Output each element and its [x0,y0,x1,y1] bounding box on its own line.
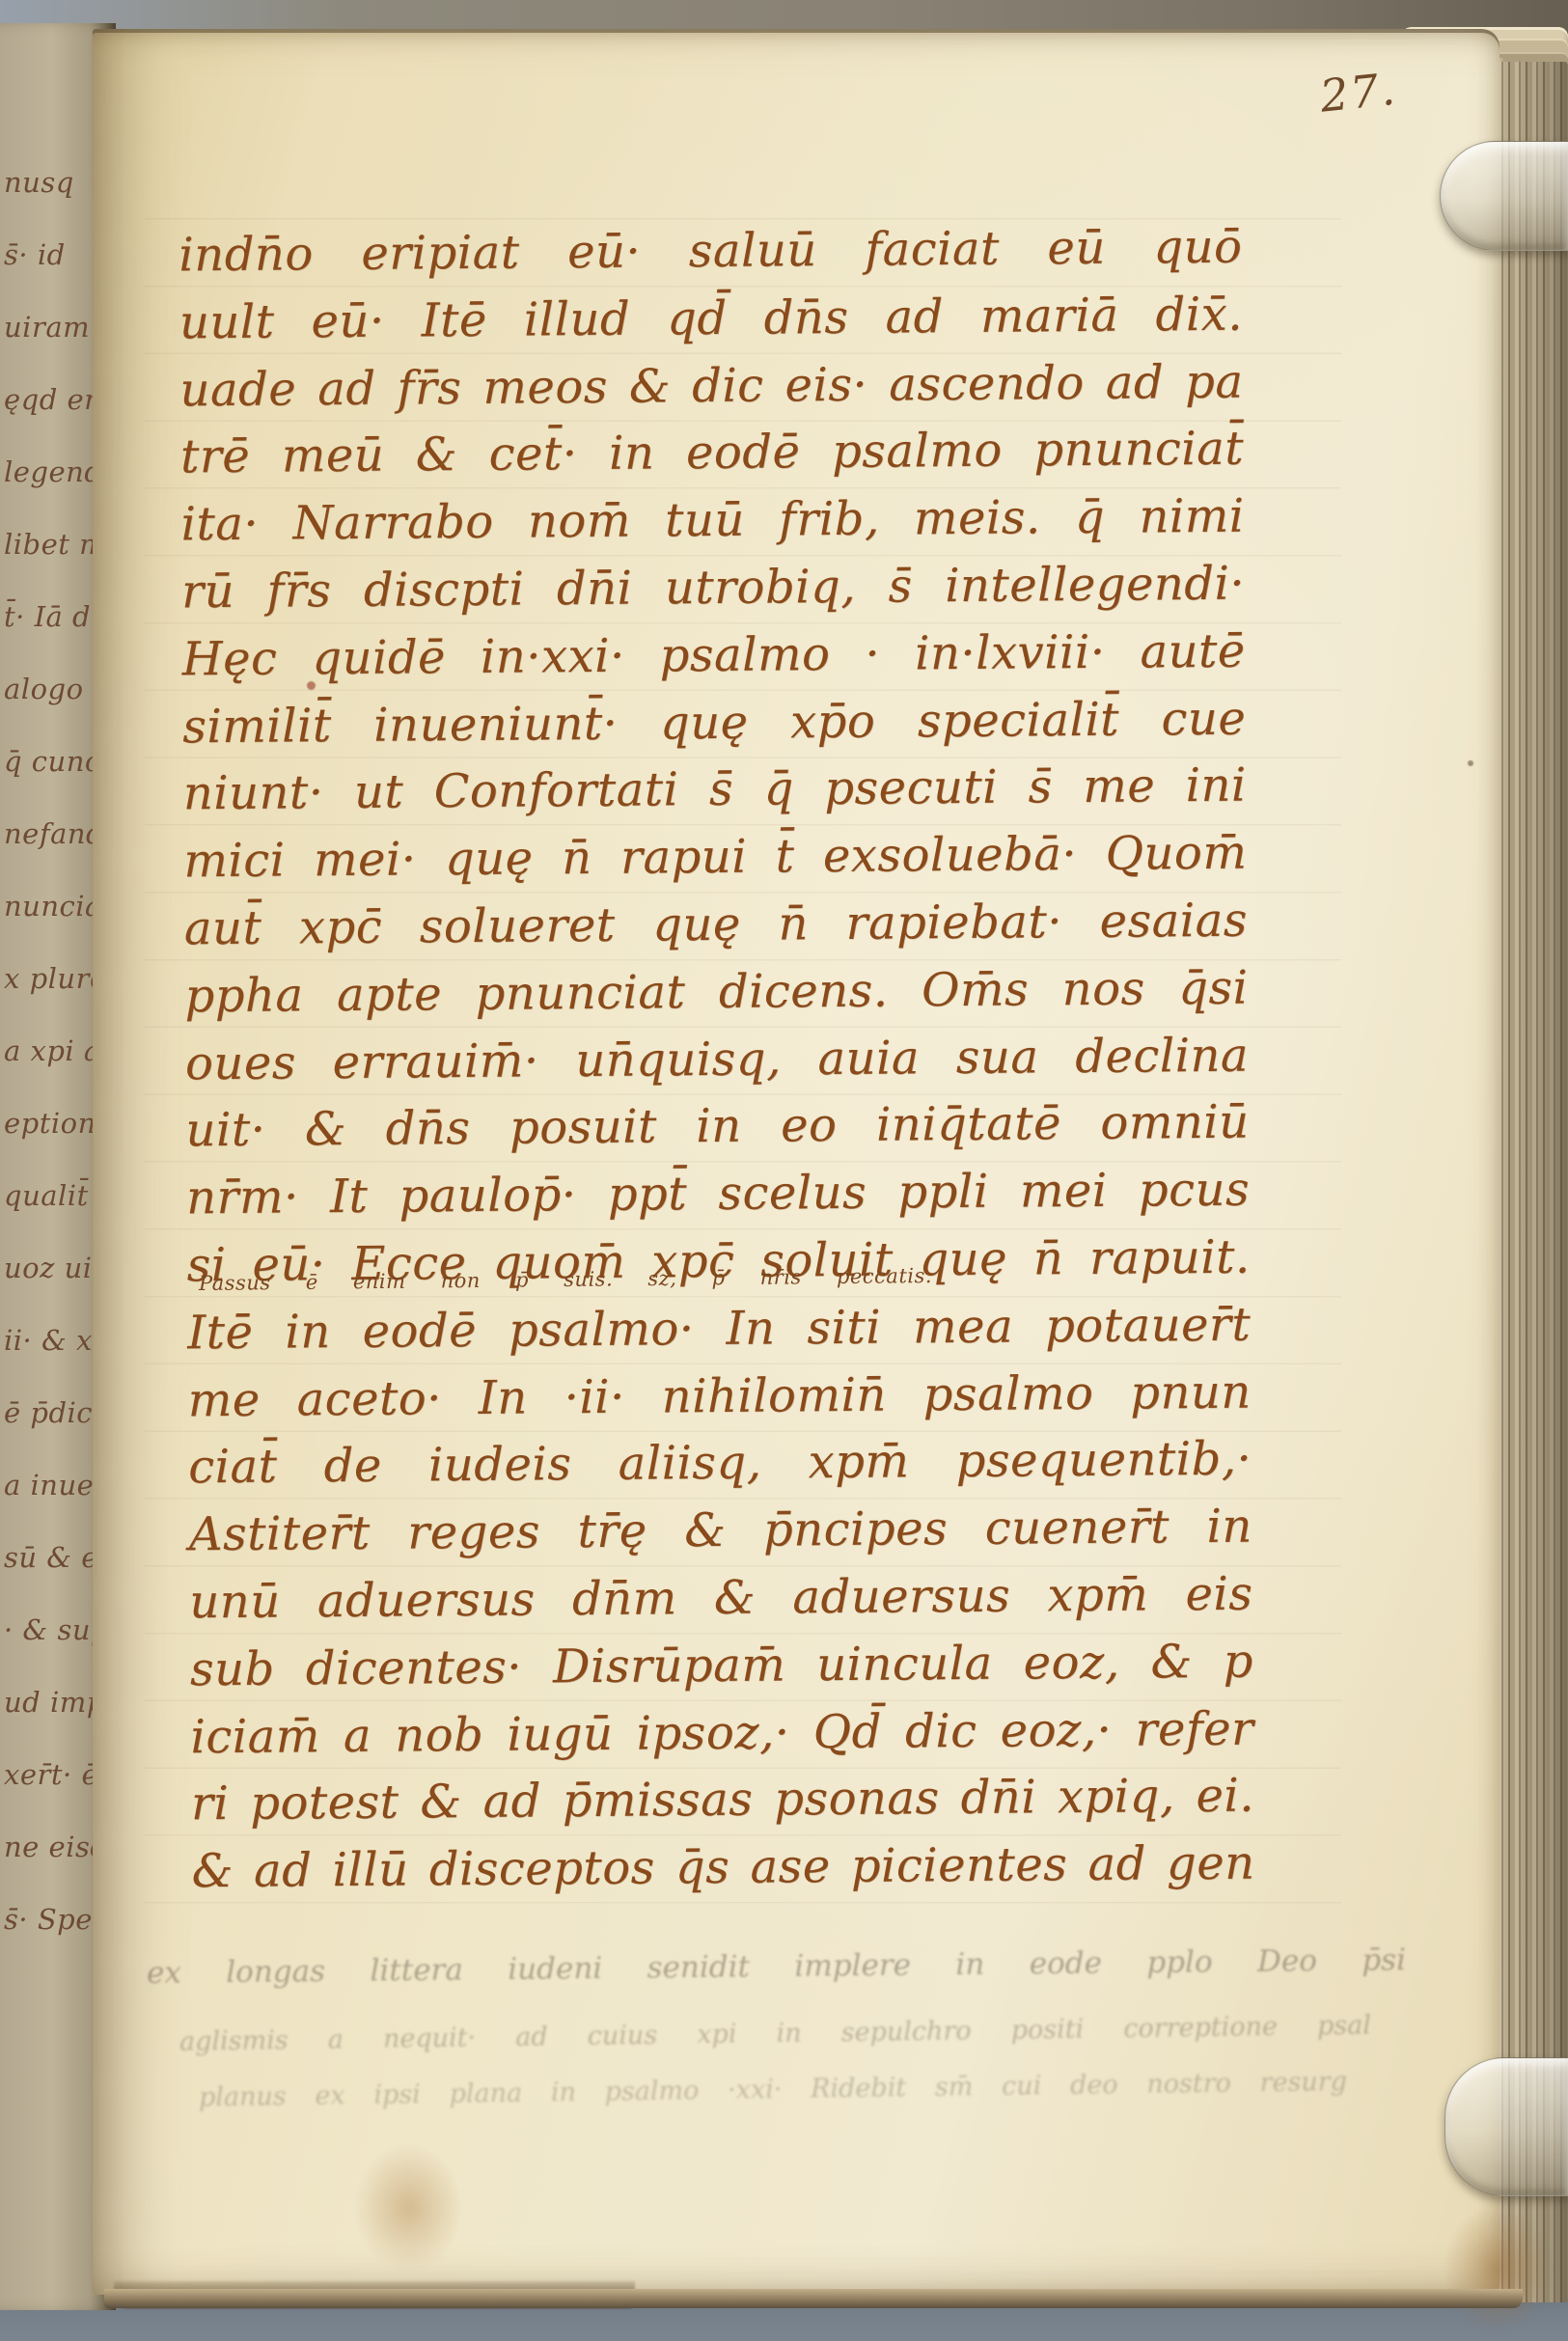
text-line: unū aduersus dn̄m & aduersus xpm̄ eis [189,1561,1253,1637]
ink-speck [1468,760,1473,766]
text-line: indn̄o eripiat eū· saluū faciat eū quō [179,214,1243,289]
text-line: iciam̄ a nob iugū ipsoz,· Qd̄ dic eoz,· … [190,1695,1254,1771]
text-line: ri potest & ad p̄missas psonas dn̄i xpiq… [191,1763,1255,1838]
book-fore-edge [1498,62,1568,2302]
text-line: Itē in eodē psalmo· In siti mea potauer̄… [187,1291,1252,1366]
text-line: uult eū· Itē illud qd̄ dn̄s ad mariā dix… [179,281,1244,356]
text-line: aut̄ xpc̄ solueret quę n̄ rapiebat· esai… [184,888,1249,963]
parchment-stain [355,2144,463,2272]
text-line: & ad illū disceptos q̄s ase picientes ad… [191,1831,1255,1906]
text-line: rū fr̄s discpti dn̄i utrobiq, s̄ intelle… [181,551,1246,626]
text-line: oues errauim̄· un̄quisq, auia sua declin… [185,1022,1250,1097]
text-line: ciat̄ de iudeis aliisq, xpm̄ psequentib,… [188,1426,1252,1501]
parchment-stain [1444,2206,1552,2331]
text-line: Astiter̄t reges tr̄ę & p̄ncipes cuener̄t… [189,1494,1253,1569]
text-line: nr̄m· It paulop̄· ppt̄ scelus ppli mei p… [186,1157,1251,1232]
text-line: ita· Narrabo nom̄ tuū frib, meis. q̄ nim… [180,483,1245,559]
translucent-tab [1444,2057,1568,2196]
text-line: me aceto· In ·ii· nihilomin̄ psalmo pnun [187,1359,1252,1434]
text-line: uade ad fr̄s meos & dic eis· ascendo ad … [179,348,1244,424]
text-line: similit̄ inueniunt̄· quę xp̄o specialit̄… [182,685,1247,760]
page-bottom-edge [104,2289,1523,2308]
text-line: Hęc quidē in·xxi· psalmo · in·lxviii· au… [181,618,1246,693]
text-line: mici mei· quę n̄ rapui t̄ exsoluebā· Quo… [183,820,1248,895]
ink-speck [307,681,316,690]
text-line: sub dicentes· Disrūpam̄ uincula eoz, & p [190,1628,1254,1703]
text-line: ppha apte pnunciat dicens. Om̄s nos q̄si [184,954,1249,1030]
text-block: indn̄o eripiat eū· saluū faciat eū quōuu… [179,214,1255,1907]
text-line: trē meū & cet̄· in eodē psalmo pnunciat̄ [180,416,1245,491]
translucent-tab [1440,141,1568,251]
text-line: uit· & dn̄s posuit in eo iniq̄tatē omniū [185,1089,1250,1165]
text-line: niunt· ut Confortati s̄ q̄ psecuti s̄ me… [183,753,1248,828]
